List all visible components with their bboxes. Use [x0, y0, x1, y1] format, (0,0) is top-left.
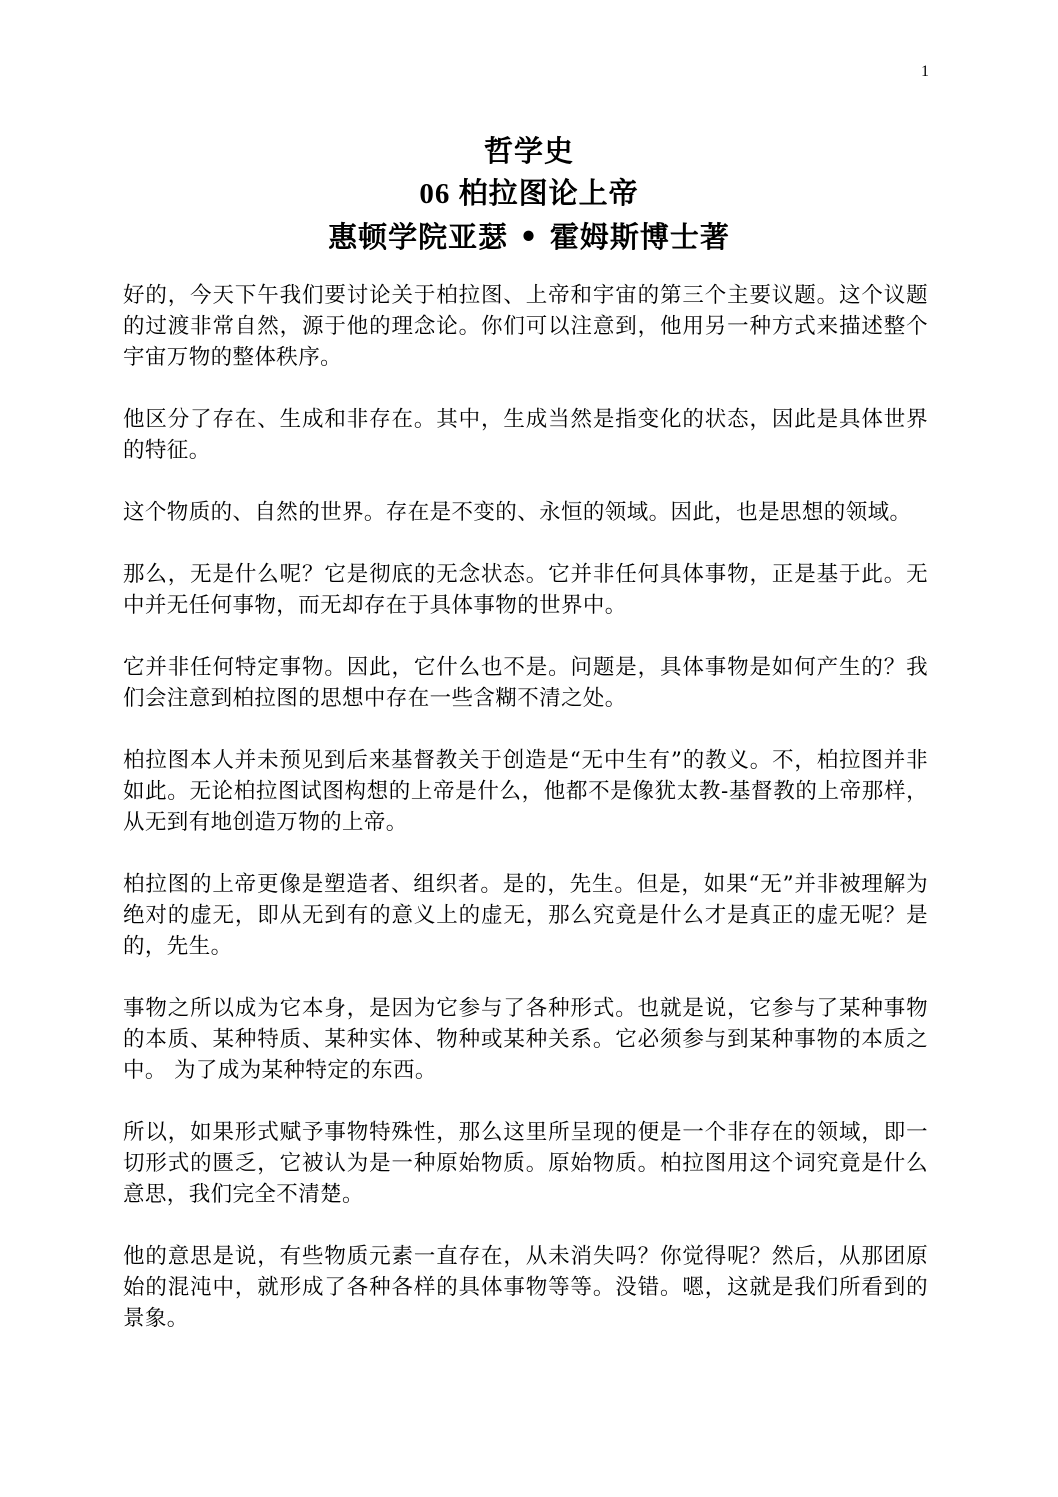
paragraph-6: 柏拉图本人并未预见到后来基督教关于创造是“无中生有”的教义。不，柏拉图并非如此。… — [123, 745, 928, 838]
paragraph-3: 这个物质的、自然的世界。存在是不变的、永恒的领域。因此，也是思想的领域。 — [123, 497, 928, 528]
paragraph-2: 他区分了存在、生成和非存在。其中，生成当然是指变化的状态，因此是具体世界的特征。 — [123, 404, 928, 466]
document-body: 好的，今天下午我们要讨论关于柏拉图、上帝和宇宙的第三个主要议题。这个议题的过渡非… — [123, 280, 928, 1365]
document-title: 哲学史 06 柏拉图论上帝 惠顿学院亚瑟 • 霍姆斯博士著 — [0, 130, 1058, 259]
paragraph-9: 所以，如果形式赋予事物特殊性，那么这里所呈现的便是一个非存在的领域，即一切形式的… — [123, 1117, 928, 1210]
author-line: 惠顿学院亚瑟 • 霍姆斯博士著 — [0, 216, 1058, 259]
lecture-title: 06 柏拉图论上帝 — [0, 173, 1058, 216]
paragraph-5: 它并非任何特定事物。因此，它什么也不是。问题是，具体事物是如何产生的？我们会注意… — [123, 652, 928, 714]
paragraph-1: 好的，今天下午我们要讨论关于柏拉图、上帝和宇宙的第三个主要议题。这个议题的过渡非… — [123, 280, 928, 373]
paragraph-4: 那么，无是什么呢？它是彻底的无念状态。它并非任何具体事物，正是基于此。无中并无任… — [123, 559, 928, 621]
course-title: 哲学史 — [0, 130, 1058, 173]
page-number: 1 — [921, 62, 929, 82]
paragraph-7: 柏拉图的上帝更像是塑造者、组织者。是的，先生。但是，如果“无”并非被理解为绝对的… — [123, 869, 928, 962]
paragraph-10: 他的意思是说，有些物质元素一直存在，从未消失吗？你觉得呢？然后，从那团原始的混沌… — [123, 1241, 928, 1334]
paragraph-8: 事物之所以成为它本身，是因为它参与了各种形式。也就是说，它参与了某种事物的本质、… — [123, 993, 928, 1086]
